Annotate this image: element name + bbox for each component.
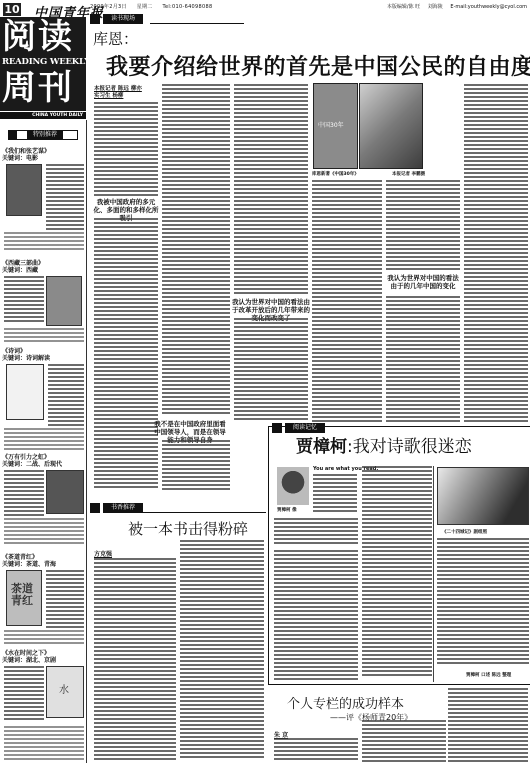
jia-author-sign: 贾樟柯 口述 陈远 整理 [466,672,511,678]
film-set-photo [437,467,529,525]
book-title: 《西藏三部曲》 [2,260,84,267]
article-body-col2b [162,440,230,492]
film-photo-caption: 《二十四城记》剧组照 [442,529,487,535]
jia-portrait-sketch [277,467,309,505]
book-blurb [46,570,84,628]
book-keyword: 关键词：茶道、青海 [2,561,84,568]
jia-body-col1b [274,518,358,544]
column-review-body-col1 [274,738,358,762]
author-portrait-photo [359,83,423,169]
book-meta [4,630,84,646]
book-blurb [4,666,44,722]
masthead-title-english: READING WEEKLY [2,57,90,67]
column-review-body-col2 [362,720,446,762]
byline-reporters: 本报记者 陈远 柳亦 [94,86,142,93]
book-keyword: 关键词：电影 [2,155,84,162]
cover-title-text: 水 [59,681,69,696]
book-recommendation: 《我们和张艺谋》 关键词：电影 [2,148,84,162]
book-keyword: 关键词：诗词解读 [2,355,84,362]
book-cover-image [6,164,42,216]
masthead-title-bottom: 周刊 [2,69,74,107]
phone-number: Tel:010-64098088 [162,4,212,10]
sidebar-section-tag: 特别推荐 [8,130,78,140]
book-cover-image [6,364,44,420]
jia-headline-rest: :我对诗歌很迷恋 [347,437,472,457]
book-meta [4,328,84,342]
article-headline: 我要介绍给世界的首先是中国公民的自由度 [106,50,530,81]
editor-name-2: 刘海陵 [428,4,443,10]
editor-email: E-mail:youthweekly@cyol.com [450,4,527,10]
book-keyword: 关键词：西藏 [2,267,84,274]
book-recommendation: 《茶道青红》 关键词：茶道、青海 茶道青红 [2,554,84,568]
editor-info: 本版编辑/陈 旺 刘海陵 E-mail:youthweekly@cyol.com [381,3,527,10]
tag-block-icon [9,131,17,139]
book-meta [4,428,84,450]
recommendations-sidebar: 特别推荐 《我们和张艺谋》 关键词：电影 《西藏三部曲》 关键词：西藏 《诗词》… [0,122,84,762]
book-blurb [4,470,44,516]
book-cover-image [46,470,84,514]
article-kicker: 库恩： [93,28,138,49]
newspaper-page: 10 中国青年报 2009年2月3日 星期二 Tel:010-64098088 … [0,0,530,763]
tag-block-icon [90,14,100,24]
page-number: 10 [3,3,21,16]
jia-body-col2 [362,466,432,678]
tag-block-icon [90,503,100,513]
book-cover-image [46,276,82,326]
article-body-col3a [234,84,308,294]
main-section-label: 读书现场 [103,14,143,24]
issue-weekday: 星期二 [137,4,153,10]
cover-title-text: 茶道青红 [11,583,39,607]
book-blurb [4,276,44,324]
header-date-line: 2009年2月3日 星期二 Tel:010-64098088 [90,3,220,10]
editor-name: 本版编辑/陈 旺 [387,4,420,10]
review-headline: 被一本书击得粉碎 [128,518,248,539]
book-cover-image: 水 [46,666,84,718]
book-recommendation: 《水在时间之下》 关键词：湖北、京剧 水 [2,650,84,664]
section-divider [268,684,530,685]
book-title: 《万有引力之虹》 [2,454,84,461]
book-meta [4,518,84,544]
book-cover-text: 中国30年 [318,120,344,129]
main-section-tag: 读书现场 [90,14,528,24]
article-body-col5a [386,180,460,272]
byline-intern: 实习生 杨柳 [94,93,142,100]
column-divider [433,466,434,682]
article-body-col1a [94,102,158,196]
sidebar-divider [86,120,87,763]
article-body-col2 [162,84,230,414]
article-subhead: 我认为世界对中国的看法由于的几年中国的变化 [386,274,460,290]
portrait-photo-caption: 本报记者 李鹏摄 [392,171,425,177]
book-keyword: 关键词：二战、后现代 [2,461,84,468]
article-body-col5b [386,296,460,422]
jia-body-col3 [437,538,529,666]
review-author: 方克强 [94,549,112,558]
book-title: 《水在时间之下》 [2,650,84,657]
issue-date: 2009年2月3日 [90,4,127,10]
article-body-col6 [464,84,528,422]
masthead-title-top: 阅读 [2,19,74,55]
book-title: 《我们和张艺谋》 [2,148,84,155]
book-title: 《茶道青红》 [2,554,84,561]
article-byline: 本报记者 陈远 柳亦 实习生 杨柳 [94,86,142,100]
book-keyword: 关键词：湖北、京剧 [2,657,84,664]
review-body-col2 [180,540,264,760]
review-section-label: 书香推荐 [103,503,143,513]
jia-headline: 贾樟柯:我对诗歌很迷恋 [296,432,472,457]
book-blurb [46,164,84,230]
book-meta [4,232,84,252]
review-section-tag: 书香推荐 [90,503,266,513]
review-body-col1 [94,558,176,760]
book-cover-photo: 中国30年 [313,83,358,169]
book-recommendation: 《万有引力之虹》 关键词：二战、后现代 [2,454,84,468]
china-youth-daily-band: CHINA YOUTH DAILY [0,112,86,119]
book-meta [4,726,84,760]
book-photo-caption: 库恩新著《中国30年》 [312,171,359,177]
tag-rule [142,512,266,513]
jia-body-col1a [313,474,357,514]
book-blurb [48,364,84,426]
jia-body-col1c [274,550,358,680]
tag-rule [150,23,244,24]
tag-block-icon [272,423,282,433]
article-body-col1b [94,218,158,488]
article-body-col4 [312,180,382,422]
section-masthead: 阅读 READING WEEKLY 周刊 [0,17,86,111]
book-recommendation: 《诗词》 关键词：诗词解读 [2,348,84,362]
jia-portrait-caption: 贾樟柯 像 [277,507,297,513]
jia-headline-name: 贾樟柯 [296,437,347,457]
sidebar-section-label: 特别推荐 [27,131,63,139]
book-recommendation: 《西藏三部曲》 关键词：西藏 [2,260,84,274]
book-cover-image: 茶道青红 [6,570,42,626]
column-review-body-col3 [448,688,528,762]
column-review-headline: 个人专栏的成功样本 [287,693,404,712]
article-body-col3b [234,318,308,422]
book-title: 《诗词》 [2,348,84,355]
